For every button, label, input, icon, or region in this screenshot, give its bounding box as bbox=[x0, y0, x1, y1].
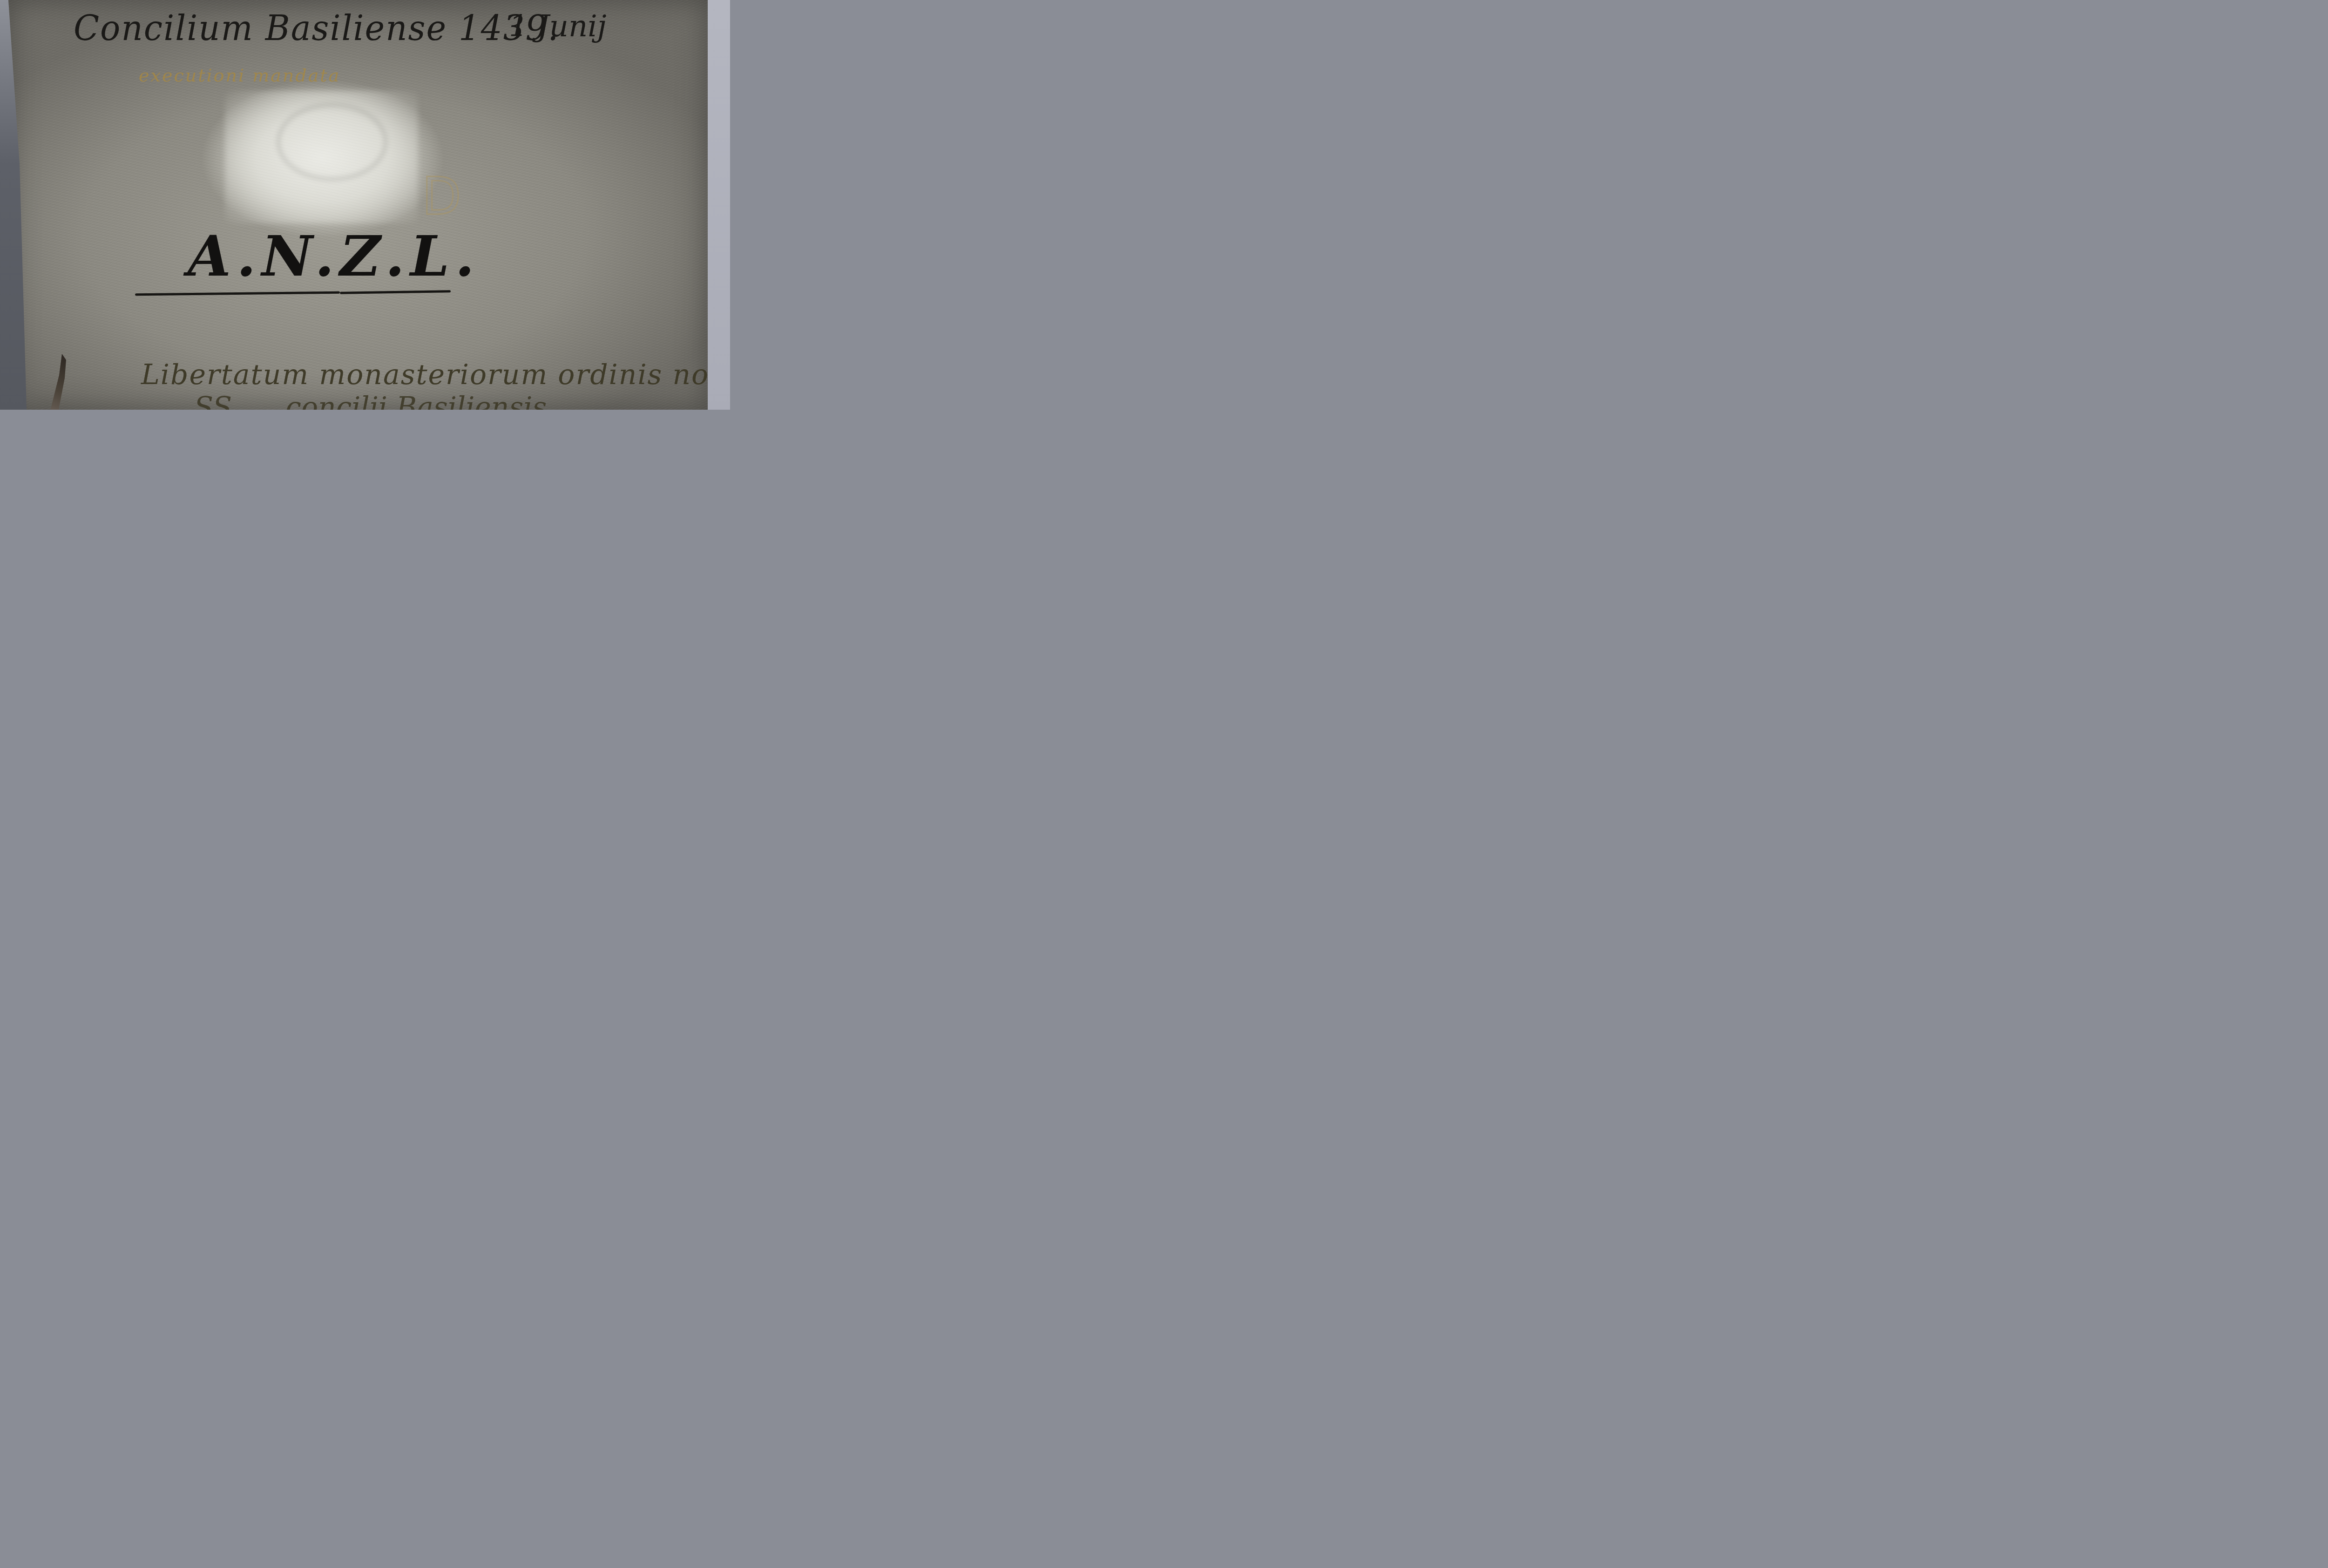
document-title: Concilium Basiliense 1439. bbox=[74, 7, 559, 48]
shelfmark-underline-right bbox=[340, 290, 451, 294]
annotation-executioni: executioni mandata bbox=[139, 65, 340, 86]
shelfmark-underline-left bbox=[135, 291, 340, 296]
parchment-cover: Concilium Basiliense 1439. 1 Junij execu… bbox=[8, 0, 708, 410]
letter-mark: D bbox=[422, 167, 461, 226]
body-text-line-1: Libertatum monasteriorum ordinis nostri … bbox=[141, 358, 730, 391]
body-text-line-2: … SS. … concilii Basiliensis … bbox=[157, 391, 583, 410]
background-right bbox=[707, 0, 730, 410]
document-date: 1 Junij bbox=[509, 9, 606, 44]
seal-remnant-icon bbox=[276, 102, 388, 182]
shelfmark: A.N.Z.L. bbox=[188, 223, 480, 289]
